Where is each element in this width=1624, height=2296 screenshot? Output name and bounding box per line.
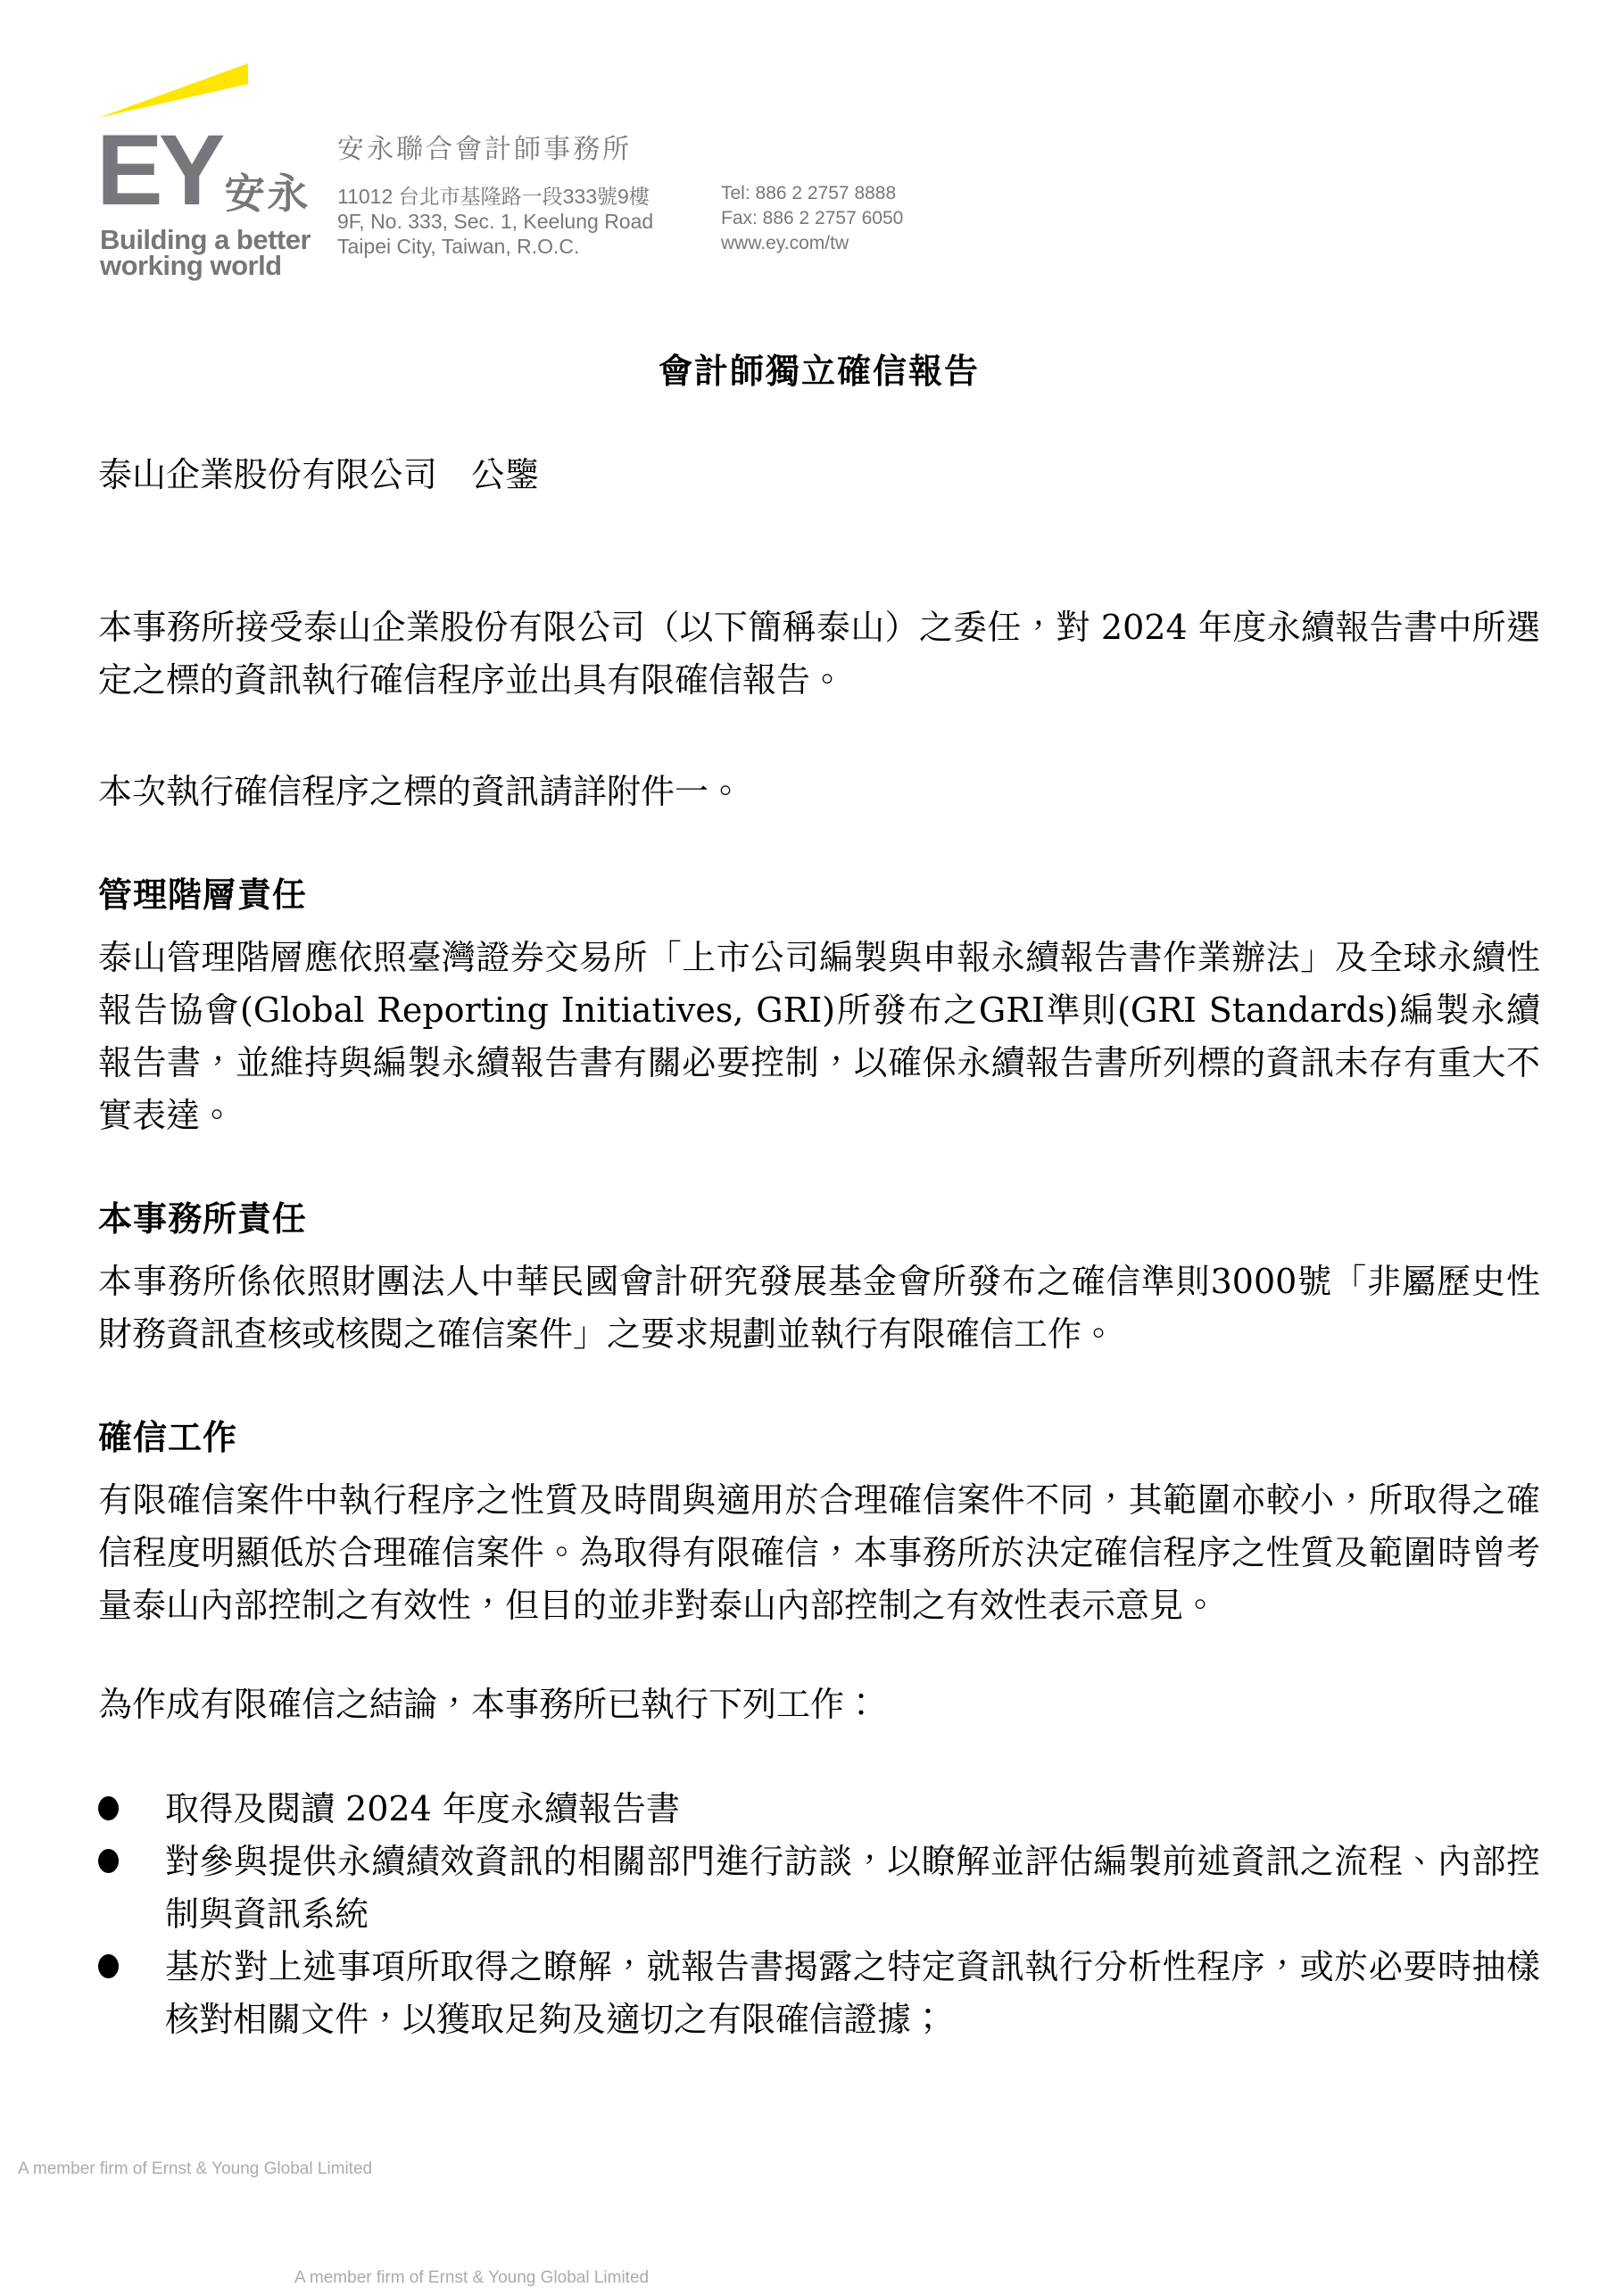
firm-fax: Fax: 886 2 2757 6050 bbox=[721, 206, 903, 231]
firm-address: 11012 台北市基隆路一段333號9樓 9F, No. 333, Sec. 1… bbox=[337, 184, 653, 259]
letter-body: 會計師獨立確信報告 泰山企業股份有限公司 公鑒 本事務所接受泰山企業股份有限公司… bbox=[98, 344, 1540, 2046]
bullet-icon bbox=[98, 1796, 119, 1820]
section-body-firm-responsibility: 本事務所係依照財團法人中華民國會計研究發展基金會所發布之確信準則3000號「非屬… bbox=[98, 1256, 1540, 1361]
member-firm-note-bottom: A member firm of Ernst & Young Global Li… bbox=[294, 2268, 649, 2288]
salutation: 泰山企業股份有限公司 公鑒 bbox=[98, 449, 1540, 501]
list-item-text: 基於對上述事項所取得之瞭解，就報告書揭露之特定資訊執行分析性程序，或於必要時抽樣… bbox=[119, 1941, 1540, 2046]
bullet-icon bbox=[98, 1849, 119, 1873]
firm-contact: Tel: 886 2 2757 8888 Fax: 886 2 2757 605… bbox=[721, 181, 903, 256]
ey-logo-wordmark: EY bbox=[96, 128, 220, 213]
list-item-text: 取得及閱讀 2024 年度永續報告書 bbox=[119, 1783, 1540, 1836]
section-body-management-responsibility: 泰山管理階層應依照臺灣證券交易所「上市公司編製與申報永續報告書作業辦法」及全球永… bbox=[98, 932, 1540, 1142]
ey-beam-icon bbox=[98, 63, 248, 118]
firm-address-en-line2: Taipei City, Taiwan, R.O.C. bbox=[337, 234, 653, 259]
firm-tel: Tel: 886 2 2757 8888 bbox=[721, 181, 903, 206]
work-list-intro: 為作成有限確信之結論，本事務所已執行下列工作： bbox=[98, 1678, 1540, 1731]
list-item: 基於對上述事項所取得之瞭解，就報告書揭露之特定資訊執行分析性程序，或於必要時抽樣… bbox=[98, 1941, 1540, 2046]
ey-tagline-line2: working world bbox=[100, 253, 311, 278]
firm-address-en-line1: 9F, No. 333, Sec. 1, Keelung Road bbox=[337, 209, 653, 234]
list-item-text: 對參與提供永續績效資訊的相關部門進行訪談，以瞭解並評估編製前述資訊之流程、內部控… bbox=[119, 1836, 1540, 1941]
member-firm-note-top: A member firm of Ernst & Young Global Li… bbox=[18, 2159, 372, 2179]
intro-paragraph-1: 本事務所接受泰山企業股份有限公司（以下簡稱泰山）之委任，對 2024 年度永續報… bbox=[98, 601, 1540, 707]
ey-logo-wordmark-chinese: 安永 bbox=[224, 174, 310, 213]
firm-website: www.ey.com/tw bbox=[721, 231, 903, 256]
work-list: 取得及閱讀 2024 年度永續報告書 對參與提供永續績效資訊的相關部門進行訪談，… bbox=[98, 1783, 1540, 2046]
section-body-assurance-work: 有限確信案件中執行程序之性質及時間與適用於合理確信案件不同，其範圍亦較小，所取得… bbox=[98, 1474, 1540, 1632]
intro-paragraph-2: 本次執行確信程序之標的資訊請詳附件一。 bbox=[98, 766, 1540, 818]
ey-tagline-line1: Building a better bbox=[100, 227, 311, 253]
firm-name: 安永聯合會計師事務所 bbox=[337, 127, 632, 166]
list-item: 對參與提供永續績效資訊的相關部門進行訪談，以瞭解並評估編製前述資訊之流程、內部控… bbox=[98, 1836, 1540, 1941]
ey-tagline: Building a better working world bbox=[100, 227, 311, 278]
list-item: 取得及閱讀 2024 年度永續報告書 bbox=[98, 1783, 1540, 1836]
ey-logo: EY 安永 bbox=[96, 128, 310, 213]
document-title: 會計師獨立確信報告 bbox=[98, 344, 1540, 397]
section-heading-management-responsibility: 管理階層責任 bbox=[98, 868, 1540, 921]
section-heading-firm-responsibility: 本事務所責任 bbox=[98, 1192, 1540, 1245]
document-page: EY 安永 Building a better working world 安永… bbox=[0, 0, 1624, 2296]
bullet-icon bbox=[98, 1954, 119, 1978]
section-heading-assurance-work: 確信工作 bbox=[98, 1411, 1540, 1463]
firm-address-zh: 11012 台北市基隆路一段333號9樓 bbox=[337, 184, 653, 209]
